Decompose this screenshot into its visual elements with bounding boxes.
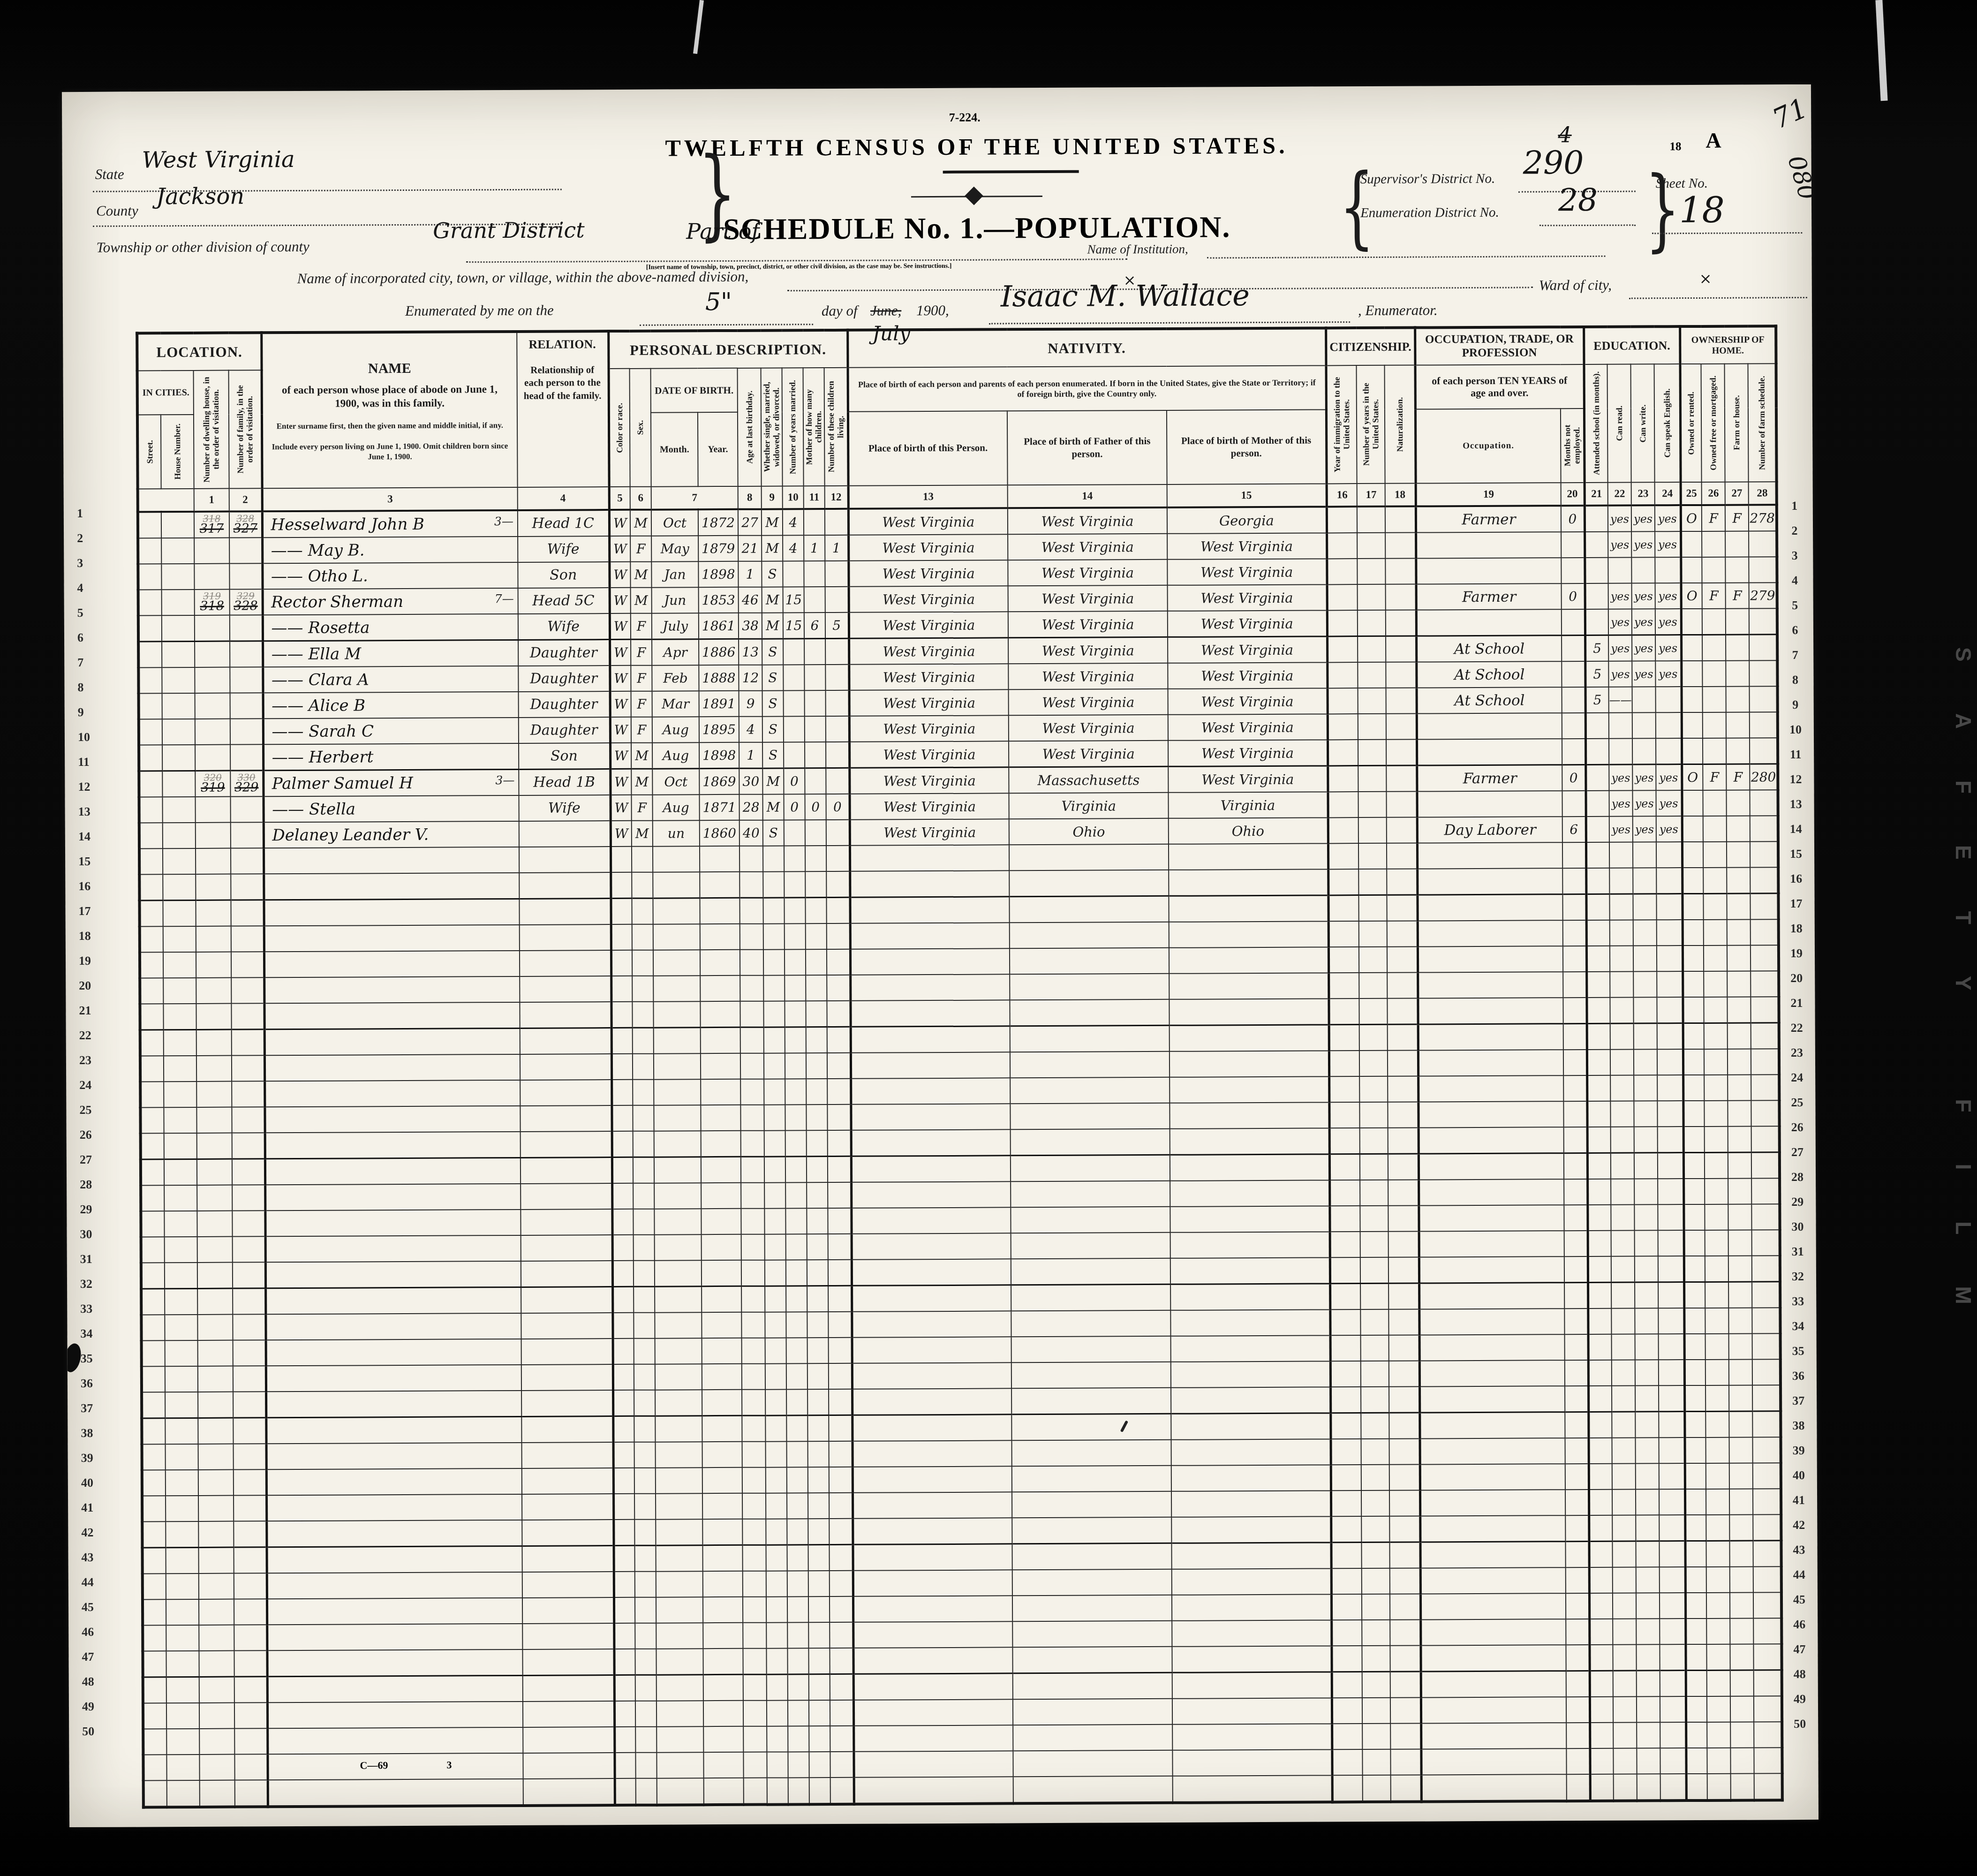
cell-fam bbox=[234, 1677, 267, 1703]
row-number: 9 bbox=[78, 700, 111, 725]
cell-mort bbox=[1706, 1567, 1730, 1593]
cell-year bbox=[701, 1157, 741, 1183]
sheet-line bbox=[1652, 232, 1802, 234]
cell-farm bbox=[1726, 738, 1750, 764]
cell-nat bbox=[1388, 1283, 1419, 1309]
cell-year bbox=[702, 1519, 742, 1545]
cell-yrsm bbox=[787, 1571, 808, 1596]
cell-fam bbox=[234, 1625, 267, 1650]
cell-rel: Wife bbox=[519, 795, 611, 821]
row-number: 3 bbox=[1778, 543, 1811, 568]
cell-liv bbox=[829, 1338, 852, 1363]
cell-imm bbox=[1328, 714, 1358, 740]
row-number: 11 bbox=[78, 749, 111, 774]
cell-dw bbox=[198, 1392, 233, 1418]
cell-imm bbox=[1329, 1180, 1360, 1206]
cell-occ bbox=[1418, 920, 1563, 946]
cell-sched bbox=[1751, 1074, 1779, 1100]
cell-sex: F bbox=[631, 691, 652, 717]
cell-age bbox=[743, 1726, 767, 1752]
cell-street bbox=[139, 719, 162, 745]
cell-marital bbox=[765, 1415, 786, 1442]
cell-dw bbox=[199, 1625, 234, 1651]
cell-street bbox=[138, 564, 161, 590]
cell-year bbox=[702, 1468, 742, 1493]
row-number: 12 bbox=[78, 774, 111, 799]
cell-name bbox=[266, 1443, 522, 1469]
cell-occ bbox=[1419, 1127, 1564, 1154]
cell-speak bbox=[1659, 1385, 1684, 1412]
month-struck: June, bbox=[870, 302, 901, 319]
cell-marital bbox=[767, 1700, 788, 1726]
cell-pobm bbox=[1171, 1335, 1330, 1362]
cell-mort bbox=[1703, 790, 1727, 816]
cell-color bbox=[611, 1054, 633, 1080]
cell-speak bbox=[1658, 1256, 1684, 1282]
cell-age bbox=[742, 1545, 766, 1571]
row-number: 14 bbox=[78, 824, 111, 849]
cell-imm bbox=[1329, 1076, 1359, 1102]
cell-read bbox=[1610, 1023, 1634, 1050]
cell-mort bbox=[1707, 1748, 1731, 1774]
cell-street bbox=[141, 1237, 165, 1263]
sheet-value: 18 bbox=[1679, 189, 1725, 231]
cell-age bbox=[743, 1597, 766, 1623]
cell-yrsus bbox=[1359, 1102, 1388, 1128]
cell-read: yes bbox=[1608, 635, 1632, 661]
cell-liv: 5 bbox=[825, 613, 849, 639]
cell-pob bbox=[854, 1777, 1013, 1804]
cell-write: yes bbox=[1631, 505, 1655, 531]
cell-farm bbox=[1729, 1514, 1753, 1541]
cell-house bbox=[162, 693, 195, 719]
cell-dw bbox=[197, 1315, 233, 1340]
cell-nat bbox=[1388, 1051, 1418, 1076]
cell-own bbox=[1684, 1204, 1705, 1230]
cell-imm bbox=[1328, 843, 1358, 869]
cell-occ bbox=[1419, 1179, 1564, 1205]
cell-mom bbox=[807, 1208, 828, 1234]
cell-marital bbox=[763, 1001, 785, 1027]
cell-speak bbox=[1658, 1204, 1683, 1230]
cell-yrsm bbox=[785, 1079, 806, 1104]
cell-sch bbox=[1588, 1256, 1611, 1283]
cell-pob: West Virginia bbox=[850, 793, 1009, 819]
cell-occ bbox=[1420, 1619, 1566, 1645]
cell-house bbox=[166, 1521, 198, 1548]
cell-fam: 330329 bbox=[230, 771, 263, 797]
cell-pobm bbox=[1170, 1206, 1329, 1232]
cell-month: May bbox=[651, 536, 698, 561]
cell-unemp bbox=[1565, 1438, 1589, 1464]
row-number: 8 bbox=[1779, 667, 1811, 692]
cell-write bbox=[1634, 1101, 1658, 1127]
cell-name bbox=[267, 1598, 522, 1625]
cell-nat bbox=[1388, 1024, 1418, 1051]
cell-age bbox=[743, 1623, 766, 1649]
cell-pob bbox=[851, 1156, 1011, 1182]
group-ownership: OWNERSHIP OF HOME. bbox=[1680, 326, 1776, 364]
cell-dw bbox=[197, 1159, 232, 1185]
cell-farm bbox=[1728, 1074, 1751, 1100]
cell-own bbox=[1682, 687, 1703, 712]
cell-sch bbox=[1589, 1619, 1613, 1645]
cell-yrsus bbox=[1363, 1749, 1391, 1775]
cell-mom bbox=[805, 871, 826, 898]
cell-yrsus bbox=[1358, 817, 1387, 843]
cell-farm bbox=[1730, 1670, 1754, 1696]
cell-fam bbox=[231, 926, 264, 952]
cell-imm bbox=[1328, 688, 1358, 714]
cell-pobm bbox=[1172, 1568, 1331, 1595]
cell-imm bbox=[1329, 1128, 1360, 1154]
cell-sch: 5 bbox=[1585, 635, 1608, 661]
cell-read bbox=[1610, 972, 1633, 998]
cell-fam bbox=[235, 1780, 268, 1807]
cell-own bbox=[1681, 531, 1702, 557]
cell-year: 1872 bbox=[698, 509, 738, 536]
row-number: 46 bbox=[1783, 1612, 1816, 1637]
cell-occ bbox=[1418, 946, 1563, 972]
cell-year bbox=[701, 1105, 740, 1131]
cell-own bbox=[1685, 1489, 1706, 1515]
cell-color bbox=[613, 1390, 634, 1416]
cell-yrsus bbox=[1357, 533, 1385, 559]
cell-street bbox=[139, 693, 162, 719]
cell-own bbox=[1686, 1774, 1707, 1800]
cell-pob bbox=[853, 1466, 1012, 1492]
colnum-4: 4 bbox=[518, 487, 609, 510]
cell-pobm bbox=[1170, 1128, 1329, 1155]
cell-speak bbox=[1657, 1023, 1683, 1050]
cell-mort bbox=[1706, 1463, 1729, 1489]
cell-mort bbox=[1704, 1049, 1728, 1075]
cell-liv bbox=[829, 1441, 853, 1467]
cell-unemp bbox=[1562, 635, 1585, 661]
cell-nat bbox=[1386, 610, 1416, 636]
cell-mort bbox=[1704, 1075, 1728, 1101]
cell-sch bbox=[1586, 972, 1610, 998]
cell-occ bbox=[1417, 868, 1562, 895]
county-value: Jackson bbox=[156, 183, 245, 210]
cell-read bbox=[1614, 1748, 1637, 1774]
cell-sex bbox=[634, 1520, 656, 1546]
cell-street bbox=[140, 1056, 164, 1082]
cell-name bbox=[266, 1365, 521, 1392]
cell-pobm: West Virginia bbox=[1168, 740, 1328, 766]
cell-liv bbox=[826, 768, 849, 794]
cell-own bbox=[1682, 842, 1703, 868]
cell-farm bbox=[1729, 1437, 1753, 1463]
cell-read bbox=[1612, 1334, 1635, 1360]
cell-rel bbox=[522, 1546, 613, 1572]
cell-liv bbox=[826, 897, 850, 923]
cell-yrsm bbox=[785, 1001, 806, 1027]
cell-farm bbox=[1730, 1541, 1753, 1567]
group-personal: PERSONAL DESCRIPTION. bbox=[608, 330, 847, 369]
cell-street bbox=[142, 1470, 166, 1496]
cell-sched bbox=[1751, 919, 1779, 945]
cell-mom bbox=[808, 1441, 829, 1467]
row-number: 4 bbox=[1778, 568, 1811, 593]
cell-house bbox=[166, 1677, 199, 1703]
cell-fam bbox=[234, 1444, 266, 1469]
cell-imm bbox=[1332, 1672, 1362, 1698]
cell-own bbox=[1684, 1308, 1705, 1334]
cell-farm bbox=[1727, 945, 1751, 971]
signature-line bbox=[989, 321, 1350, 324]
name-title: NAME bbox=[269, 360, 510, 377]
film-scratch bbox=[1875, 0, 1887, 101]
cell-pob bbox=[852, 1233, 1011, 1259]
cell-year bbox=[703, 1623, 743, 1649]
cell-yrsus bbox=[1357, 559, 1385, 584]
cell-farm bbox=[1730, 1722, 1754, 1747]
col-pob-father: Place of birth of Father of this person. bbox=[1007, 410, 1167, 485]
cell-write bbox=[1634, 1023, 1657, 1050]
cell-house bbox=[164, 1133, 197, 1159]
cell-marital bbox=[766, 1596, 787, 1622]
cell-liv: 1 bbox=[825, 535, 848, 561]
row-number: 16 bbox=[1780, 866, 1812, 891]
cell-dw bbox=[199, 1651, 234, 1677]
cell-speak: yes bbox=[1655, 505, 1681, 531]
cell-age: 46 bbox=[739, 587, 762, 613]
cell-write bbox=[1634, 1153, 1658, 1179]
cell-unemp bbox=[1562, 713, 1585, 739]
cell-age: 13 bbox=[739, 639, 762, 665]
cell-fam bbox=[231, 848, 264, 874]
cell-marital: M bbox=[762, 768, 784, 794]
cell-read: yes bbox=[1608, 661, 1632, 687]
cell-occ bbox=[1418, 1050, 1563, 1076]
cell-unemp bbox=[1564, 1309, 1588, 1334]
cell-pob: West Virginia bbox=[849, 664, 1008, 690]
cell-mort bbox=[1705, 1127, 1728, 1153]
cell-own bbox=[1684, 1230, 1705, 1256]
cell-yrsm bbox=[783, 639, 804, 665]
cell-age: 9 bbox=[739, 691, 762, 717]
cell-month bbox=[655, 1338, 702, 1364]
cell-occ bbox=[1419, 1360, 1565, 1386]
cell-house bbox=[162, 719, 195, 745]
cell-marital bbox=[766, 1622, 787, 1648]
cell-unemp bbox=[1562, 687, 1585, 713]
cell-unemp bbox=[1563, 894, 1586, 920]
cell-pobf bbox=[1010, 922, 1169, 948]
cell-unemp bbox=[1566, 1697, 1590, 1723]
row-number: 50 bbox=[1783, 1711, 1816, 1736]
cell-imm bbox=[1328, 740, 1358, 766]
cell-nat bbox=[1388, 1154, 1419, 1180]
cell-color bbox=[611, 872, 632, 899]
cell-age: 1 bbox=[739, 742, 762, 769]
cell-unemp bbox=[1565, 1334, 1588, 1360]
cell-house bbox=[162, 615, 195, 642]
sheet-print-number: 18 bbox=[1669, 140, 1681, 153]
cell-speak bbox=[1657, 946, 1683, 971]
cell-own bbox=[1685, 1567, 1706, 1593]
cell-own bbox=[1682, 790, 1703, 816]
cell-dw bbox=[198, 1418, 233, 1444]
cell-sex: F bbox=[630, 536, 651, 562]
cell-pob bbox=[851, 1181, 1011, 1208]
cell-sch bbox=[1586, 868, 1609, 894]
cell-mort bbox=[1705, 1360, 1729, 1385]
cell-imm bbox=[1332, 1724, 1362, 1749]
cell-name bbox=[266, 1416, 521, 1444]
cell-name: Delaney Leander V. bbox=[264, 821, 519, 848]
cell-pobm bbox=[1170, 1051, 1329, 1077]
cell-sched bbox=[1751, 971, 1779, 997]
cell-nat bbox=[1385, 533, 1416, 559]
cell-dw bbox=[199, 1729, 234, 1755]
cell-mom bbox=[807, 1157, 828, 1183]
cell-liv bbox=[830, 1648, 853, 1674]
cell-sex: F bbox=[631, 717, 652, 743]
row-number: 40 bbox=[1782, 1463, 1815, 1488]
cell-year bbox=[702, 1390, 742, 1416]
cell-color bbox=[613, 1468, 634, 1494]
cell-dw bbox=[199, 1599, 234, 1625]
cell-sched bbox=[1751, 945, 1779, 971]
cell-read bbox=[1611, 1231, 1635, 1256]
enumeration-value: 28 bbox=[1558, 182, 1598, 218]
cell-sched bbox=[1752, 1385, 1781, 1411]
cell-pob bbox=[851, 1052, 1010, 1078]
cell-color: W bbox=[610, 588, 631, 613]
cell-age bbox=[740, 976, 763, 1001]
cell-yrsus bbox=[1360, 1283, 1388, 1309]
state-value: West Virginia bbox=[142, 146, 294, 173]
cell-nat bbox=[1389, 1516, 1420, 1543]
cell-mort bbox=[1705, 1204, 1728, 1230]
cell-own bbox=[1683, 1075, 1704, 1101]
cell-occ bbox=[1421, 1671, 1566, 1698]
cell-month bbox=[653, 872, 700, 898]
cell-liv bbox=[827, 1053, 851, 1079]
cell-name bbox=[264, 976, 520, 1003]
cell-unemp bbox=[1566, 1723, 1590, 1748]
cell-house bbox=[163, 900, 196, 926]
cell-yrsus bbox=[1362, 1594, 1390, 1620]
footer-form-code: C—69 bbox=[360, 1759, 388, 1771]
cell-sch bbox=[1587, 1075, 1610, 1101]
row-number: 18 bbox=[79, 923, 112, 948]
cell-mort bbox=[1703, 712, 1726, 738]
cell-write bbox=[1636, 1437, 1659, 1463]
cell-farm bbox=[1727, 841, 1750, 867]
cell-sex bbox=[635, 1623, 656, 1649]
cell-mort bbox=[1707, 1670, 1730, 1696]
cell-sched bbox=[1749, 608, 1777, 635]
cell-pobf bbox=[1010, 1025, 1170, 1052]
cell-pobm bbox=[1172, 1698, 1332, 1724]
cell-pobm bbox=[1170, 1180, 1329, 1206]
cell-pob bbox=[852, 1259, 1011, 1286]
cell-fam bbox=[233, 1262, 265, 1288]
cell-sch bbox=[1585, 583, 1608, 609]
cell-rel bbox=[519, 872, 611, 899]
cell-house bbox=[166, 1444, 198, 1470]
cell-write bbox=[1636, 1567, 1660, 1593]
cell-name bbox=[266, 1520, 522, 1547]
cell-street bbox=[140, 926, 163, 952]
cell-imm bbox=[1327, 610, 1358, 636]
cell-pob bbox=[852, 1362, 1011, 1389]
cell-street bbox=[139, 848, 163, 874]
cell-nat bbox=[1387, 973, 1418, 999]
cell-street bbox=[142, 1340, 165, 1366]
cell-house bbox=[165, 1392, 198, 1418]
cell-dw bbox=[199, 1677, 234, 1703]
cell-occ bbox=[1418, 894, 1563, 921]
cell-marital bbox=[767, 1726, 788, 1752]
cell-rel bbox=[522, 1494, 613, 1520]
row-numbers-right: 1234567891011121314151617181920212223242… bbox=[1778, 493, 1817, 1736]
cell-rel bbox=[521, 1183, 612, 1210]
cell-yrsus bbox=[1358, 662, 1386, 688]
cell-rel bbox=[521, 1339, 613, 1365]
cell-color bbox=[612, 1209, 633, 1235]
cell-sex bbox=[634, 1286, 655, 1313]
cell-farm bbox=[1730, 1644, 1754, 1670]
cell-house bbox=[165, 1418, 198, 1444]
cell-pob bbox=[851, 1078, 1010, 1104]
cell-color bbox=[614, 1597, 635, 1623]
cell-sch bbox=[1587, 1127, 1611, 1153]
cell-dw bbox=[200, 1780, 235, 1807]
cell-name bbox=[264, 951, 520, 977]
cell-month bbox=[654, 1183, 701, 1209]
cell-pobm: West Virginia bbox=[1168, 636, 1327, 663]
cell-write bbox=[1632, 687, 1656, 712]
occupation-sub: of each person TEN YEARS of age and over… bbox=[1415, 364, 1584, 409]
cell-rel bbox=[520, 924, 611, 951]
cell-pob: West Virginia bbox=[848, 560, 1008, 586]
cell-fam bbox=[234, 1702, 267, 1728]
row-number: 49 bbox=[82, 1694, 115, 1719]
cell-house bbox=[166, 1625, 199, 1651]
cell-dw bbox=[196, 900, 231, 926]
cell-farm bbox=[1729, 1411, 1752, 1437]
cell-street bbox=[141, 1159, 164, 1186]
cell-year: 1860 bbox=[700, 820, 739, 846]
cell-street bbox=[143, 1651, 166, 1677]
cell-name bbox=[267, 1649, 522, 1677]
cell-occ bbox=[1420, 1490, 1565, 1516]
cell-unemp bbox=[1566, 1671, 1590, 1697]
cell-yrsm bbox=[787, 1467, 808, 1493]
cell-sex bbox=[635, 1753, 656, 1778]
cell-month bbox=[656, 1701, 703, 1726]
cell-liv bbox=[829, 1493, 853, 1519]
cell-street bbox=[140, 1082, 164, 1107]
cell-pobf bbox=[1011, 1129, 1170, 1156]
cell-nat bbox=[1385, 559, 1416, 584]
cell-age bbox=[739, 898, 763, 924]
cell-mom bbox=[806, 975, 827, 1001]
cell-dw bbox=[196, 1107, 232, 1133]
cell-own: O bbox=[1681, 505, 1702, 531]
corner-scribble: 71 bbox=[1767, 92, 1812, 135]
cell-pob bbox=[853, 1725, 1013, 1751]
cell-year: 1898 bbox=[698, 561, 738, 587]
cell-rel: Son bbox=[519, 743, 610, 769]
cell-imm bbox=[1327, 584, 1358, 610]
cell-sex bbox=[632, 872, 653, 899]
cell-age: 21 bbox=[738, 536, 762, 561]
